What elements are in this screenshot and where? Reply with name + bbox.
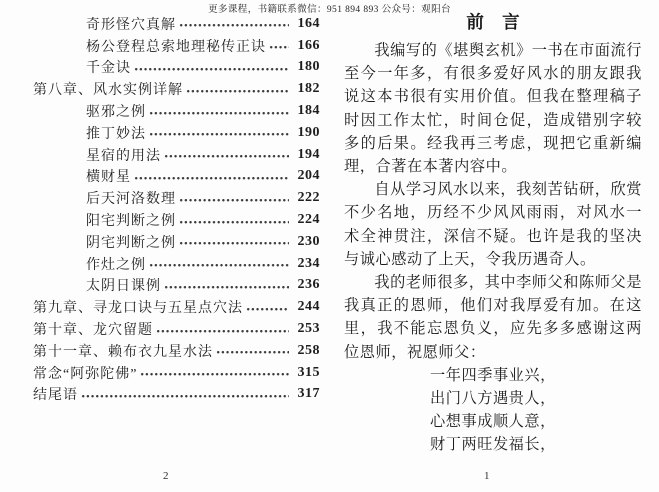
- verse-line: 财丁两旺发福长，: [430, 433, 642, 456]
- dot-leader: [81, 394, 289, 400]
- preface-title: 前 言: [344, 9, 642, 34]
- toc-entry-page: 180: [292, 59, 320, 75]
- toc-row: 第十一章、赖布衣九星水法258: [33, 340, 320, 362]
- toc-entry-page: 258: [292, 343, 320, 359]
- dot-leader: [179, 198, 289, 204]
- toc-entry-label: 奇形怪穴真解: [86, 14, 176, 34]
- toc-entry-page: 317: [292, 386, 320, 402]
- dot-leader: [156, 329, 289, 335]
- verse-line: 出门八方遇贵人，: [430, 387, 642, 410]
- toc-row: 星宿的用法194: [33, 144, 320, 166]
- toc-entry-label: 杨公登程总索地理秘传正诀: [86, 36, 266, 56]
- toc-entry-page: 190: [292, 125, 320, 141]
- verse-line: 一年四季事业兴，: [430, 364, 642, 387]
- toc-row: 第十章、龙穴留题253: [33, 318, 320, 340]
- dot-leader: [179, 23, 289, 29]
- toc-row: 作灶之例234: [33, 253, 320, 275]
- toc-entry-label: 第九章、寻龙口诀与五星点穴法: [33, 297, 243, 317]
- toc-row: 驱邪之例184: [33, 100, 320, 122]
- toc-entry-label: 第十一章、赖布衣九星水法: [33, 341, 213, 361]
- preface-paragraph: 我编写的《堪舆玄机》一书在市面流行至今一年多，有很多爱好风水的朋友跟我说这本书很…: [344, 39, 642, 178]
- toc-row: 千金诀180: [33, 57, 320, 79]
- toc-entry-label: 太阴日课例: [86, 275, 161, 295]
- toc-entry-label: 千金诀: [86, 57, 131, 77]
- preface-paragraph: 自从学习风水以来，我刻苦钻研，欣赏不少名地，历经不少风风雨雨，对风水一术全神贯注…: [344, 178, 642, 271]
- preface-paragraphs: 我编写的《堪舆玄机》一书在市面流行至今一年多，有很多爱好风水的朋友跟我说这本书很…: [344, 39, 642, 364]
- dot-leader: [269, 45, 289, 51]
- preface-paragraph: 我的老师很多，其中李师父和陈师父是我真正的恩师，他们对我厚爱有加。在这里，我不能…: [344, 271, 642, 364]
- toc-entry-label: 作灶之例: [86, 254, 146, 274]
- toc-page: 奇形怪穴真解164杨公登程总索地理秘传正诀166千金诀180第八章、风水实例详解…: [33, 13, 320, 405]
- dot-leader: [140, 372, 289, 378]
- toc-entry-label: 第八章、风水实例详解: [33, 79, 183, 99]
- toc-entry-label: 阴宅判断之例: [86, 232, 176, 252]
- toc-row: 横财星204: [33, 166, 320, 188]
- toc-entry-label: 阳宅判断之例: [86, 210, 176, 230]
- toc-row: 第八章、风水实例详解182: [33, 78, 320, 100]
- toc-entry-label: 横财星: [86, 166, 131, 186]
- toc-entry-page: 253: [292, 321, 320, 337]
- toc-entry-label: 推丁妙法: [86, 123, 146, 143]
- toc-row: 奇形怪穴真解164: [33, 13, 320, 35]
- toc-entry-page: 315: [292, 365, 320, 381]
- toc-entry-page: 224: [292, 212, 320, 228]
- dot-leader: [186, 89, 289, 95]
- dot-leader: [164, 285, 289, 291]
- toc-entry-page: 194: [292, 147, 320, 163]
- toc-row: 太阴日课例236: [33, 275, 320, 297]
- toc-entry-page: 182: [292, 81, 320, 97]
- toc-row: 推丁妙法190: [33, 122, 320, 144]
- dot-leader: [179, 241, 289, 247]
- dot-leader: [149, 132, 289, 138]
- verse-lines: 一年四季事业兴，出门八方遇贵人，心想事成顺人意，财丁两旺发福长，: [344, 364, 642, 457]
- dot-leader: [164, 154, 289, 160]
- toc-entry-label: 星宿的用法: [86, 145, 161, 165]
- toc-entry-label: 常念“阿弥陀佛”: [33, 363, 137, 383]
- toc-entry-page: 222: [292, 190, 320, 206]
- dot-leader: [149, 263, 289, 269]
- right-page-number: 1: [484, 470, 490, 482]
- toc-entry-page: 244: [292, 299, 320, 315]
- toc-entry-page: 234: [292, 256, 320, 272]
- toc-row: 阳宅判断之例224: [33, 209, 320, 231]
- dot-leader: [134, 67, 289, 73]
- toc-row: 杨公登程总索地理秘传正诀166: [33, 35, 320, 57]
- toc-entry-page: 230: [292, 234, 320, 250]
- left-page-number: 2: [163, 470, 169, 482]
- toc-row: 常念“阿弥陀佛”315: [33, 362, 320, 384]
- dot-leader: [134, 176, 289, 182]
- toc-entry-page: 236: [292, 277, 320, 293]
- toc-entry-label: 后天河洛数理: [86, 188, 176, 208]
- verse-line: 心想事成顺人意，: [430, 410, 642, 433]
- toc-list: 奇形怪穴真解164杨公登程总索地理秘传正诀166千金诀180第八章、风水实例详解…: [33, 13, 320, 405]
- toc-entry-label: 驱邪之例: [86, 101, 146, 121]
- toc-row: 后天河洛数理222: [33, 187, 320, 209]
- toc-entry-page: 204: [292, 168, 320, 184]
- toc-entry-page: 164: [292, 16, 320, 32]
- toc-entry-label: 第十章、龙穴留题: [33, 319, 153, 339]
- toc-row: 阴宅判断之例230: [33, 231, 320, 253]
- toc-row: 结尾语317: [33, 384, 320, 406]
- toc-entry-label: 结尾语: [33, 384, 78, 404]
- dot-leader: [149, 111, 289, 117]
- toc-entry-page: 184: [292, 103, 320, 119]
- toc-entry-page: 166: [292, 38, 320, 54]
- dot-leader: [246, 307, 289, 313]
- dot-leader: [179, 220, 289, 226]
- preface-page: 前 言 我编写的《堪舆玄机》一书在市面流行至今一年多，有很多爱好风水的朋友跟我说…: [344, 9, 642, 457]
- dot-leader: [216, 350, 289, 356]
- toc-row: 第九章、寻龙口诀与五星点穴法244: [33, 296, 320, 318]
